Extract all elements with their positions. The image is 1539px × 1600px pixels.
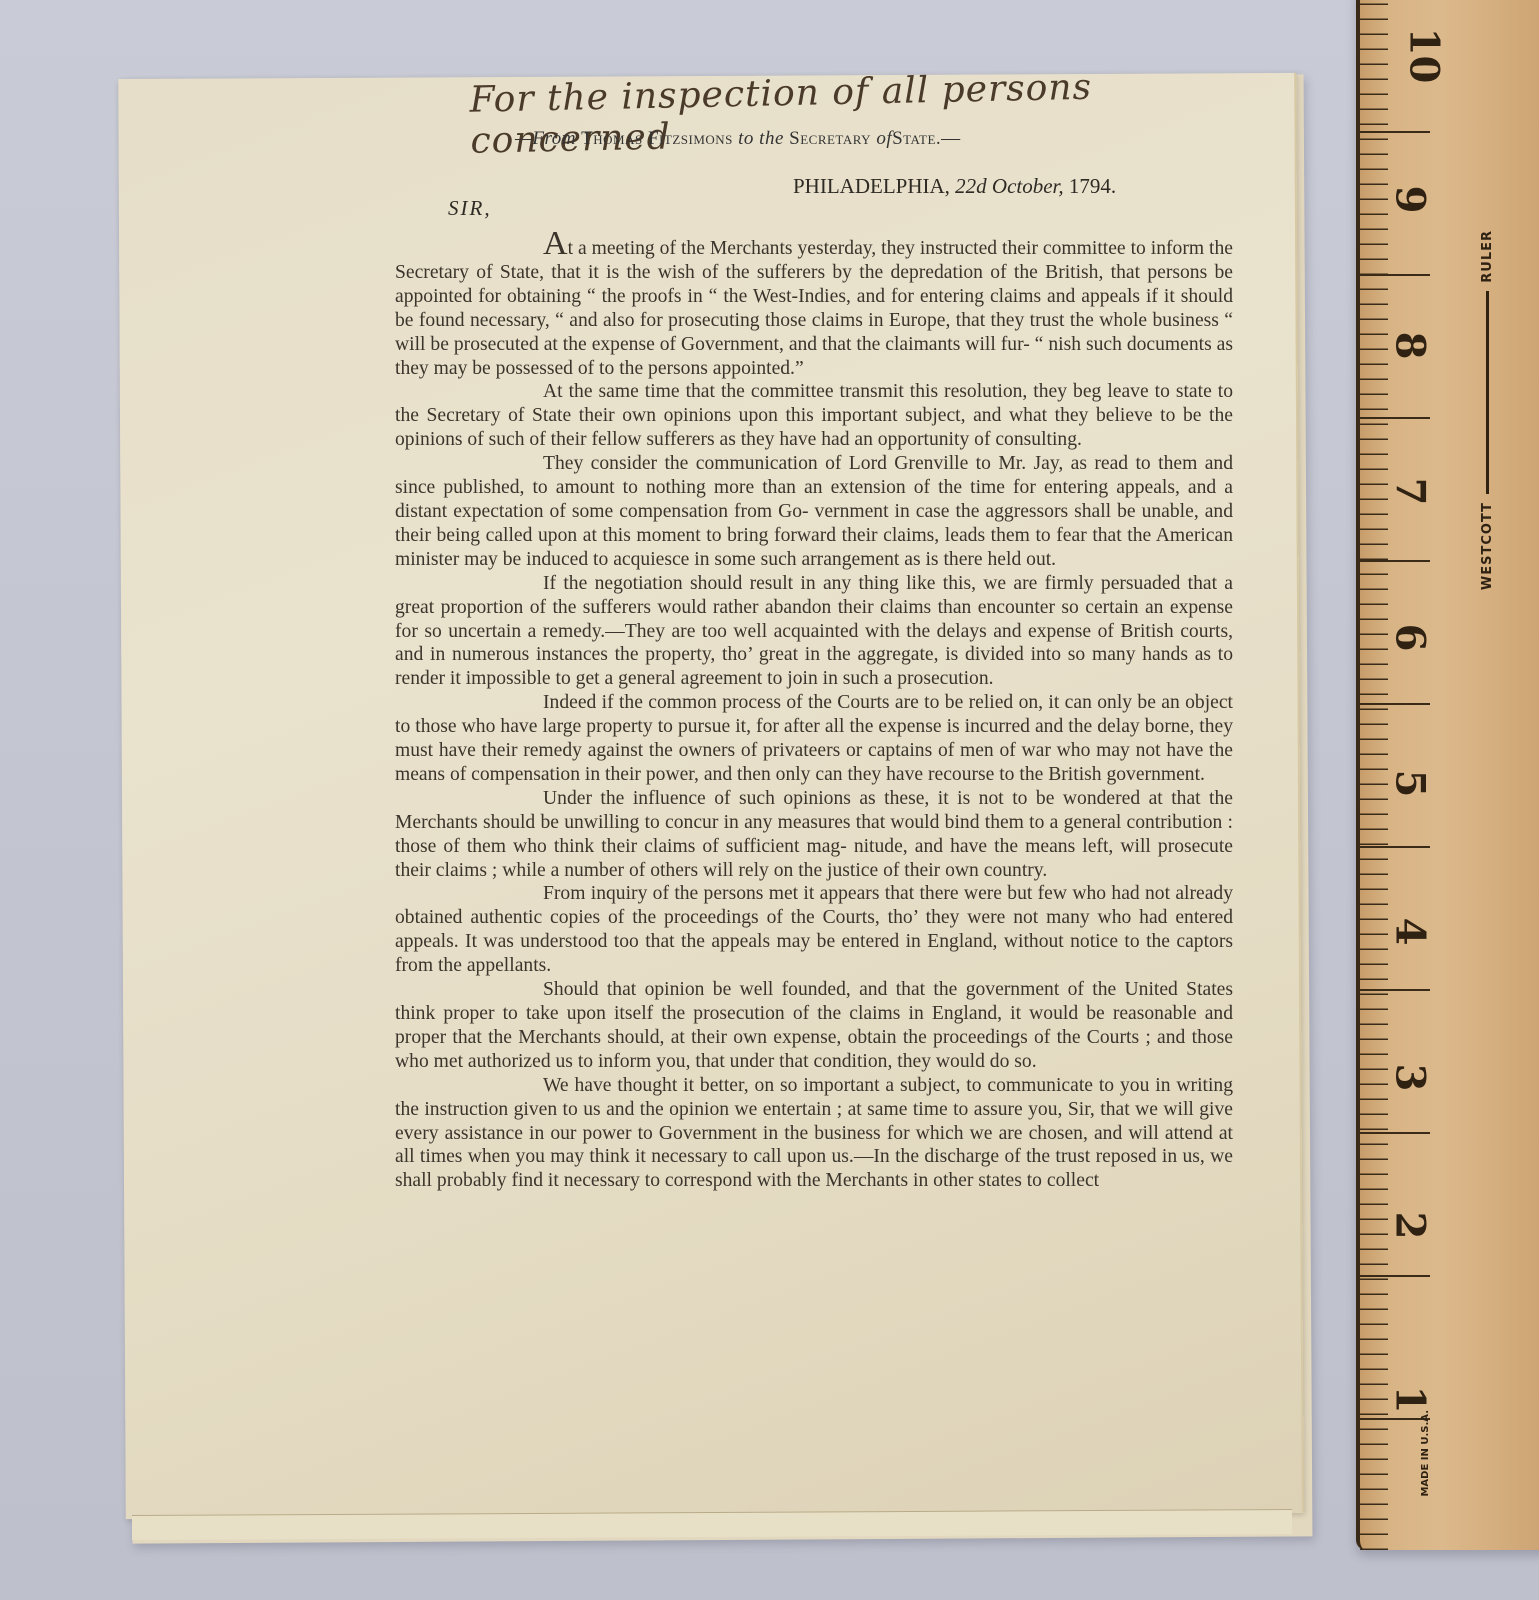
ruler-number: 8 — [1386, 332, 1433, 360]
byline-recipient2: State.— — [892, 128, 961, 149]
paragraph: At a meeting of the Merchants yesterday,… — [395, 232, 1233, 380]
byline: —From Thomas Fitzsimons to the Secretary… — [515, 128, 961, 150]
letter-body: At a meeting of the Merchants yesterday,… — [395, 232, 1233, 1193]
dateline-date: 22d October, — [955, 174, 1064, 198]
ruler-number: 9 — [1386, 186, 1433, 214]
ruler-number: 2 — [1386, 1212, 1433, 1240]
ruler-number: 4 — [1386, 918, 1433, 946]
ruler-number: 10 — [1400, 28, 1447, 84]
ruler-number: 7 — [1386, 478, 1433, 506]
paragraph: We have thought it better, on so importa… — [395, 1074, 1233, 1194]
paragraph: Should that opinion be well founded, and… — [395, 978, 1233, 1074]
paragraph: From inquiry of the persons met it appea… — [395, 882, 1233, 978]
paragraph: They consider the communication of Lord … — [395, 452, 1233, 572]
dateline-year: 1794. — [1069, 174, 1116, 198]
ruler-brand-right: RULER — [1480, 230, 1495, 283]
ruler-number: 3 — [1386, 1064, 1433, 1092]
dateline: PHILADELPHIA, 22d October, 1794. — [793, 174, 1116, 199]
wooden-ruler: 10 9 8 7 6 5 4 3 2 1 RULER WESTCOTT MADE… — [1356, 0, 1539, 1550]
dateline-place: PHILADELPHIA, — [793, 174, 950, 198]
ruler-brand-mark: RULER WESTCOTT — [1472, 230, 1502, 590]
paragraph: At the same time that the committee tran… — [395, 380, 1233, 452]
byline-recipient: Secretary — [789, 128, 871, 149]
byline-author: Thomas Fitzsimons — [581, 128, 733, 149]
arrow-icon — [1486, 291, 1489, 494]
made-in-label: MADE IN U.S.A. — [1420, 1410, 1431, 1497]
byline-prefix: —From — [515, 128, 576, 149]
byline-connector: to the — [738, 128, 784, 149]
salutation: SIR, — [448, 196, 492, 221]
ruler-number: 5 — [1386, 770, 1433, 798]
ruler-brand-left: WESTCOTT — [1480, 502, 1495, 590]
ruler-number: 6 — [1386, 624, 1433, 652]
paragraph: If the negotiation should result in any … — [395, 572, 1233, 692]
byline-of: of — [876, 128, 892, 149]
paragraph: Under the influence of such opinions as … — [395, 787, 1233, 883]
paragraph: Indeed if the common process of the Cour… — [395, 691, 1233, 787]
